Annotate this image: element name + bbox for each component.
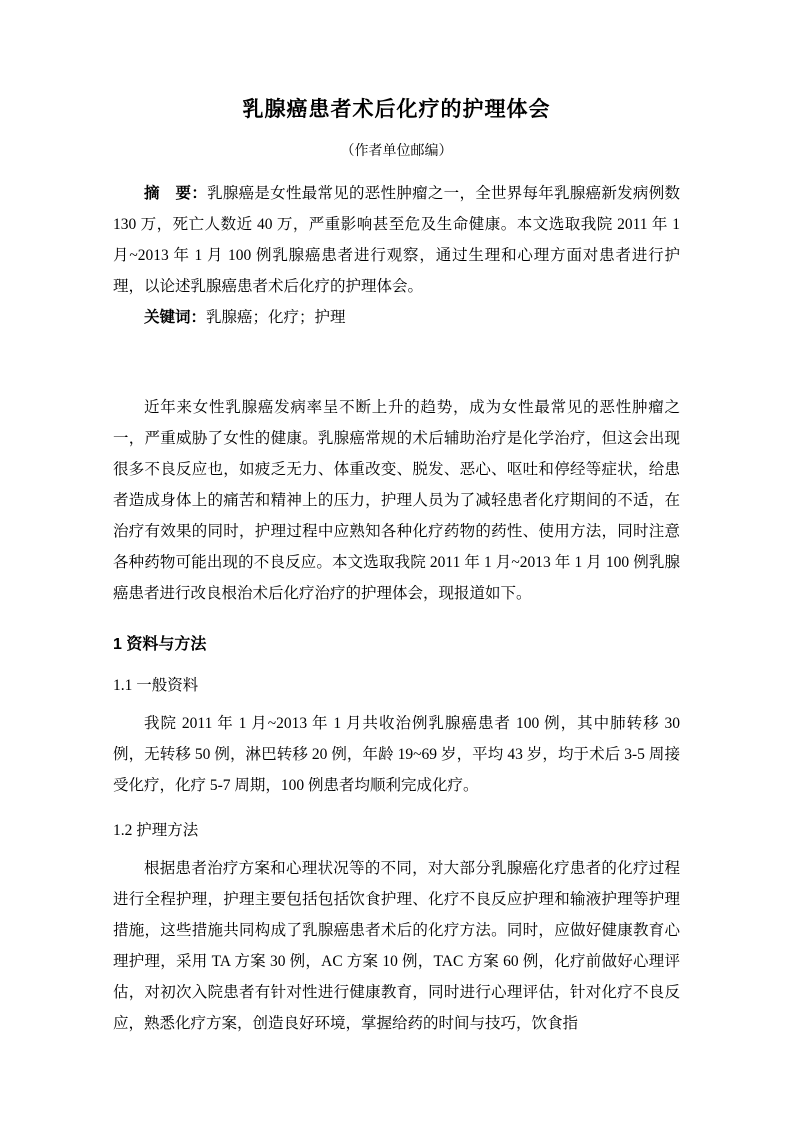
subsection-heading-nursing-methods: 1.2 护理方法 — [113, 820, 680, 842]
document-title: 乳腺癌患者术后化疗的护理体会 — [113, 95, 680, 125]
keywords-paragraph: 关键词：乳腺癌；化疗；护理 — [113, 302, 680, 333]
document-page: 乳腺癌患者术后化疗的护理体会 （作者单位邮编） 摘 要：乳腺癌是女性最常见的恶性… — [0, 0, 793, 1122]
subsection-heading-general-data: 1.1 一般资料 — [113, 675, 680, 697]
keywords-text: 乳腺癌；化疗；护理 — [206, 309, 346, 326]
section-heading-materials-methods: 1 资料与方法 — [113, 634, 680, 656]
document-subtitle: （作者单位邮编） — [113, 142, 680, 162]
subsection-body-nursing-methods: 根据患者治疗方案和心理状况等的不同，对大部分乳腺癌化疗患者的化疗过程进行全程护理… — [113, 853, 680, 1039]
abstract-paragraph: 摘 要：乳腺癌是女性最常见的恶性肿瘤之一，全世界每年乳腺癌新发病例数 130 万… — [113, 178, 680, 302]
subsection-body-general-data: 我院 2011 年 1 月~2013 年 1 月共收治例乳腺癌患者 100 例，… — [113, 708, 680, 801]
abstract-label: 摘 要： — [144, 185, 207, 202]
keywords-label: 关键词： — [144, 309, 206, 326]
intro-paragraph: 近年来女性乳腺癌发病率呈不断上升的趋势，成为女性最常见的恶性肿瘤之一，严重威胁了… — [113, 392, 680, 609]
